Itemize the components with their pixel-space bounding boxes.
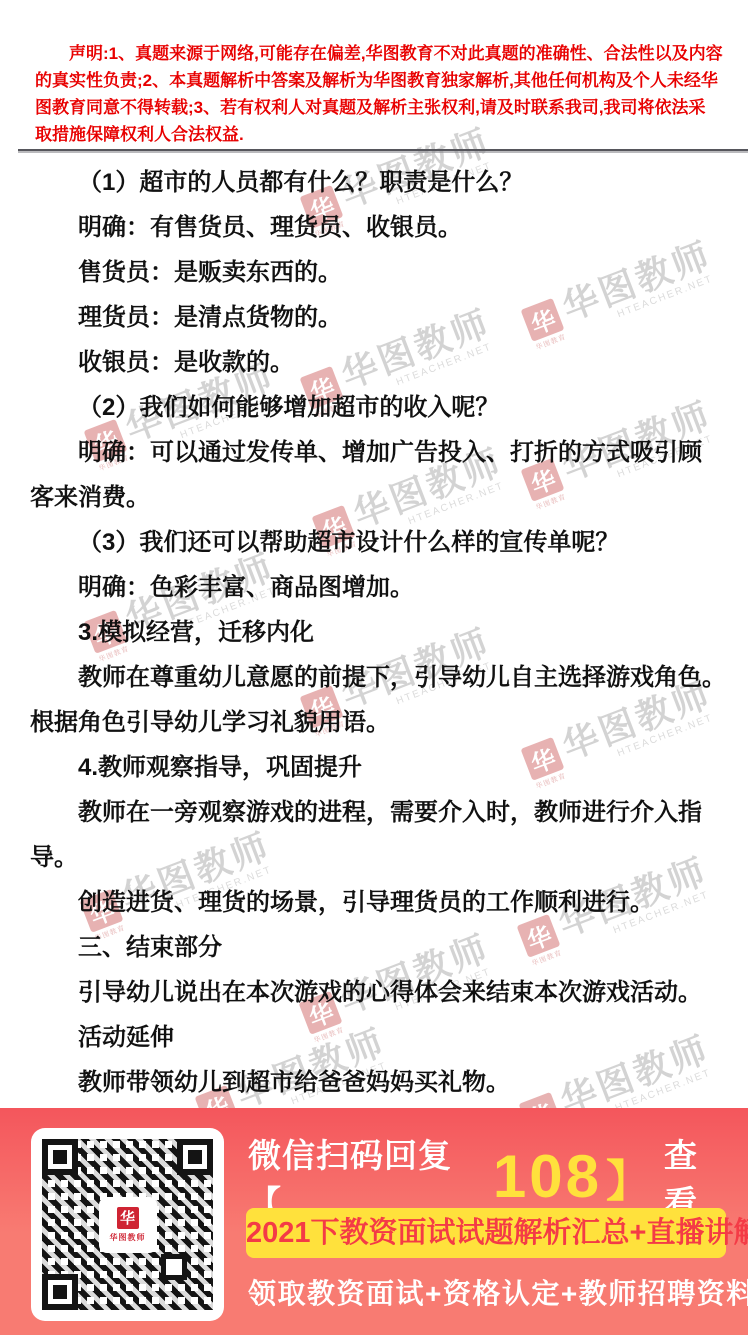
body-line: 售货员：是贩卖东西的。 — [30, 250, 718, 295]
banner-subline: 领取教资面试+资格认定+教师招聘资料 — [248, 1272, 748, 1312]
huatu-logo-icon: 华 — [117, 1207, 139, 1229]
body-line: 引导幼儿说出在本次游戏的心得体会来结束本次游戏活动。 — [30, 970, 718, 1015]
body-line: 根据角色引导幼儿学习礼貌用语。 — [30, 700, 718, 745]
qr-alignment-square — [161, 1254, 187, 1280]
qr-pattern: 华 华图教师 — [42, 1139, 213, 1310]
body-line: （2）我们如何能够增加超市的收入呢？ — [30, 385, 718, 430]
disclaimer-line: 图教育同意不得转载;3、若有权利人对真题及解析主张权利,请及时联系我司,我司将依… — [35, 94, 722, 121]
section-heading: 活动延伸 — [30, 1015, 718, 1060]
qr-finder-bottom-left — [42, 1274, 78, 1310]
body-line: 4.教师观察指导，巩固提升 — [30, 745, 718, 790]
body-line: 教师在一旁观察游戏的进程，需要介入时，教师进行介入指 — [30, 790, 718, 835]
body-line: （1）超市的人员都有什么？职责是什么？ — [30, 160, 718, 205]
qr-code[interactable]: 华 华图教师 — [31, 1128, 224, 1321]
reply-code: 108 — [493, 1147, 602, 1207]
qr-finder-top-right — [177, 1139, 213, 1175]
body-line: 客来消费。 — [30, 475, 718, 520]
body-line: 收银员：是收款的。 — [30, 340, 718, 385]
disclaimer-prefix: 声明: — [69, 44, 109, 63]
body-line: 教师带领幼儿到超市给爸爸妈妈买礼物。 — [30, 1060, 718, 1105]
body-line: 导。 — [30, 835, 718, 880]
disclaimer-line: 取措施保障权利人合法权益. — [35, 121, 722, 148]
qr-label-text: 华图教师 — [110, 1232, 146, 1243]
disclaimer: 声明:1、真题来源于网络,可能存在偏差,华图教育不对此真题的准确性、合法性以及内… — [35, 40, 722, 148]
disclaimer-line: 声明:1、真题来源于网络,可能存在偏差,华图教育不对此真题的准确性、合法性以及内… — [35, 40, 722, 67]
body-line: 教师在尊重幼儿意愿的前提下，引导幼儿自主选择游戏角色。 — [30, 655, 718, 700]
body-line: 明确：有售货员、理货员、收银员。 — [30, 205, 718, 250]
divider-line — [18, 149, 748, 151]
body-line: 3.模拟经营，迁移内化 — [30, 610, 718, 655]
disclaimer-line: 的真实性负责;2、本真题解析中答案及解析为华图教育独家解析,其他任何机构及个人未… — [35, 67, 722, 94]
footer-banner: 华 华图教师 微信扫码回复 【 108 】 查看 2021下教资面试试题解析汇总… — [0, 1108, 748, 1335]
section-heading: 三、结束部分 — [30, 925, 718, 970]
body-line: 理货员：是清点货物的。 — [30, 295, 718, 340]
body-text: （1）超市的人员都有什么？职责是什么？明确：有售货员、理货员、收银员。售货员：是… — [30, 160, 718, 1105]
headline-bracket: 】 — [606, 1145, 650, 1209]
body-line: 明确：色彩丰富、商品图增加。 — [30, 565, 718, 610]
body-line: 明确：可以通过发传单、增加广告投入、打折的方式吸引顾 — [30, 430, 718, 475]
body-line: 创造进货、理货的场景，引导理货员的工作顺利进行。 — [30, 880, 718, 925]
body-line: （3）我们还可以帮助超市设计什么样的宣传单呢？ — [30, 520, 718, 565]
qr-finder-top-left — [42, 1139, 78, 1175]
banner-text-block: 微信扫码回复 【 108 】 查看 2021下教资面试试题解析汇总+直播讲解 领… — [246, 1108, 730, 1335]
document-page: 华华图教育华图教师HTEACHER.NET华华图教育华图教师HTEACHER.N… — [0, 0, 748, 1335]
qr-center-label: 华 华图教师 — [102, 1200, 154, 1250]
promo-ribbon[interactable]: 2021下教资面试试题解析汇总+直播讲解 — [246, 1208, 726, 1258]
